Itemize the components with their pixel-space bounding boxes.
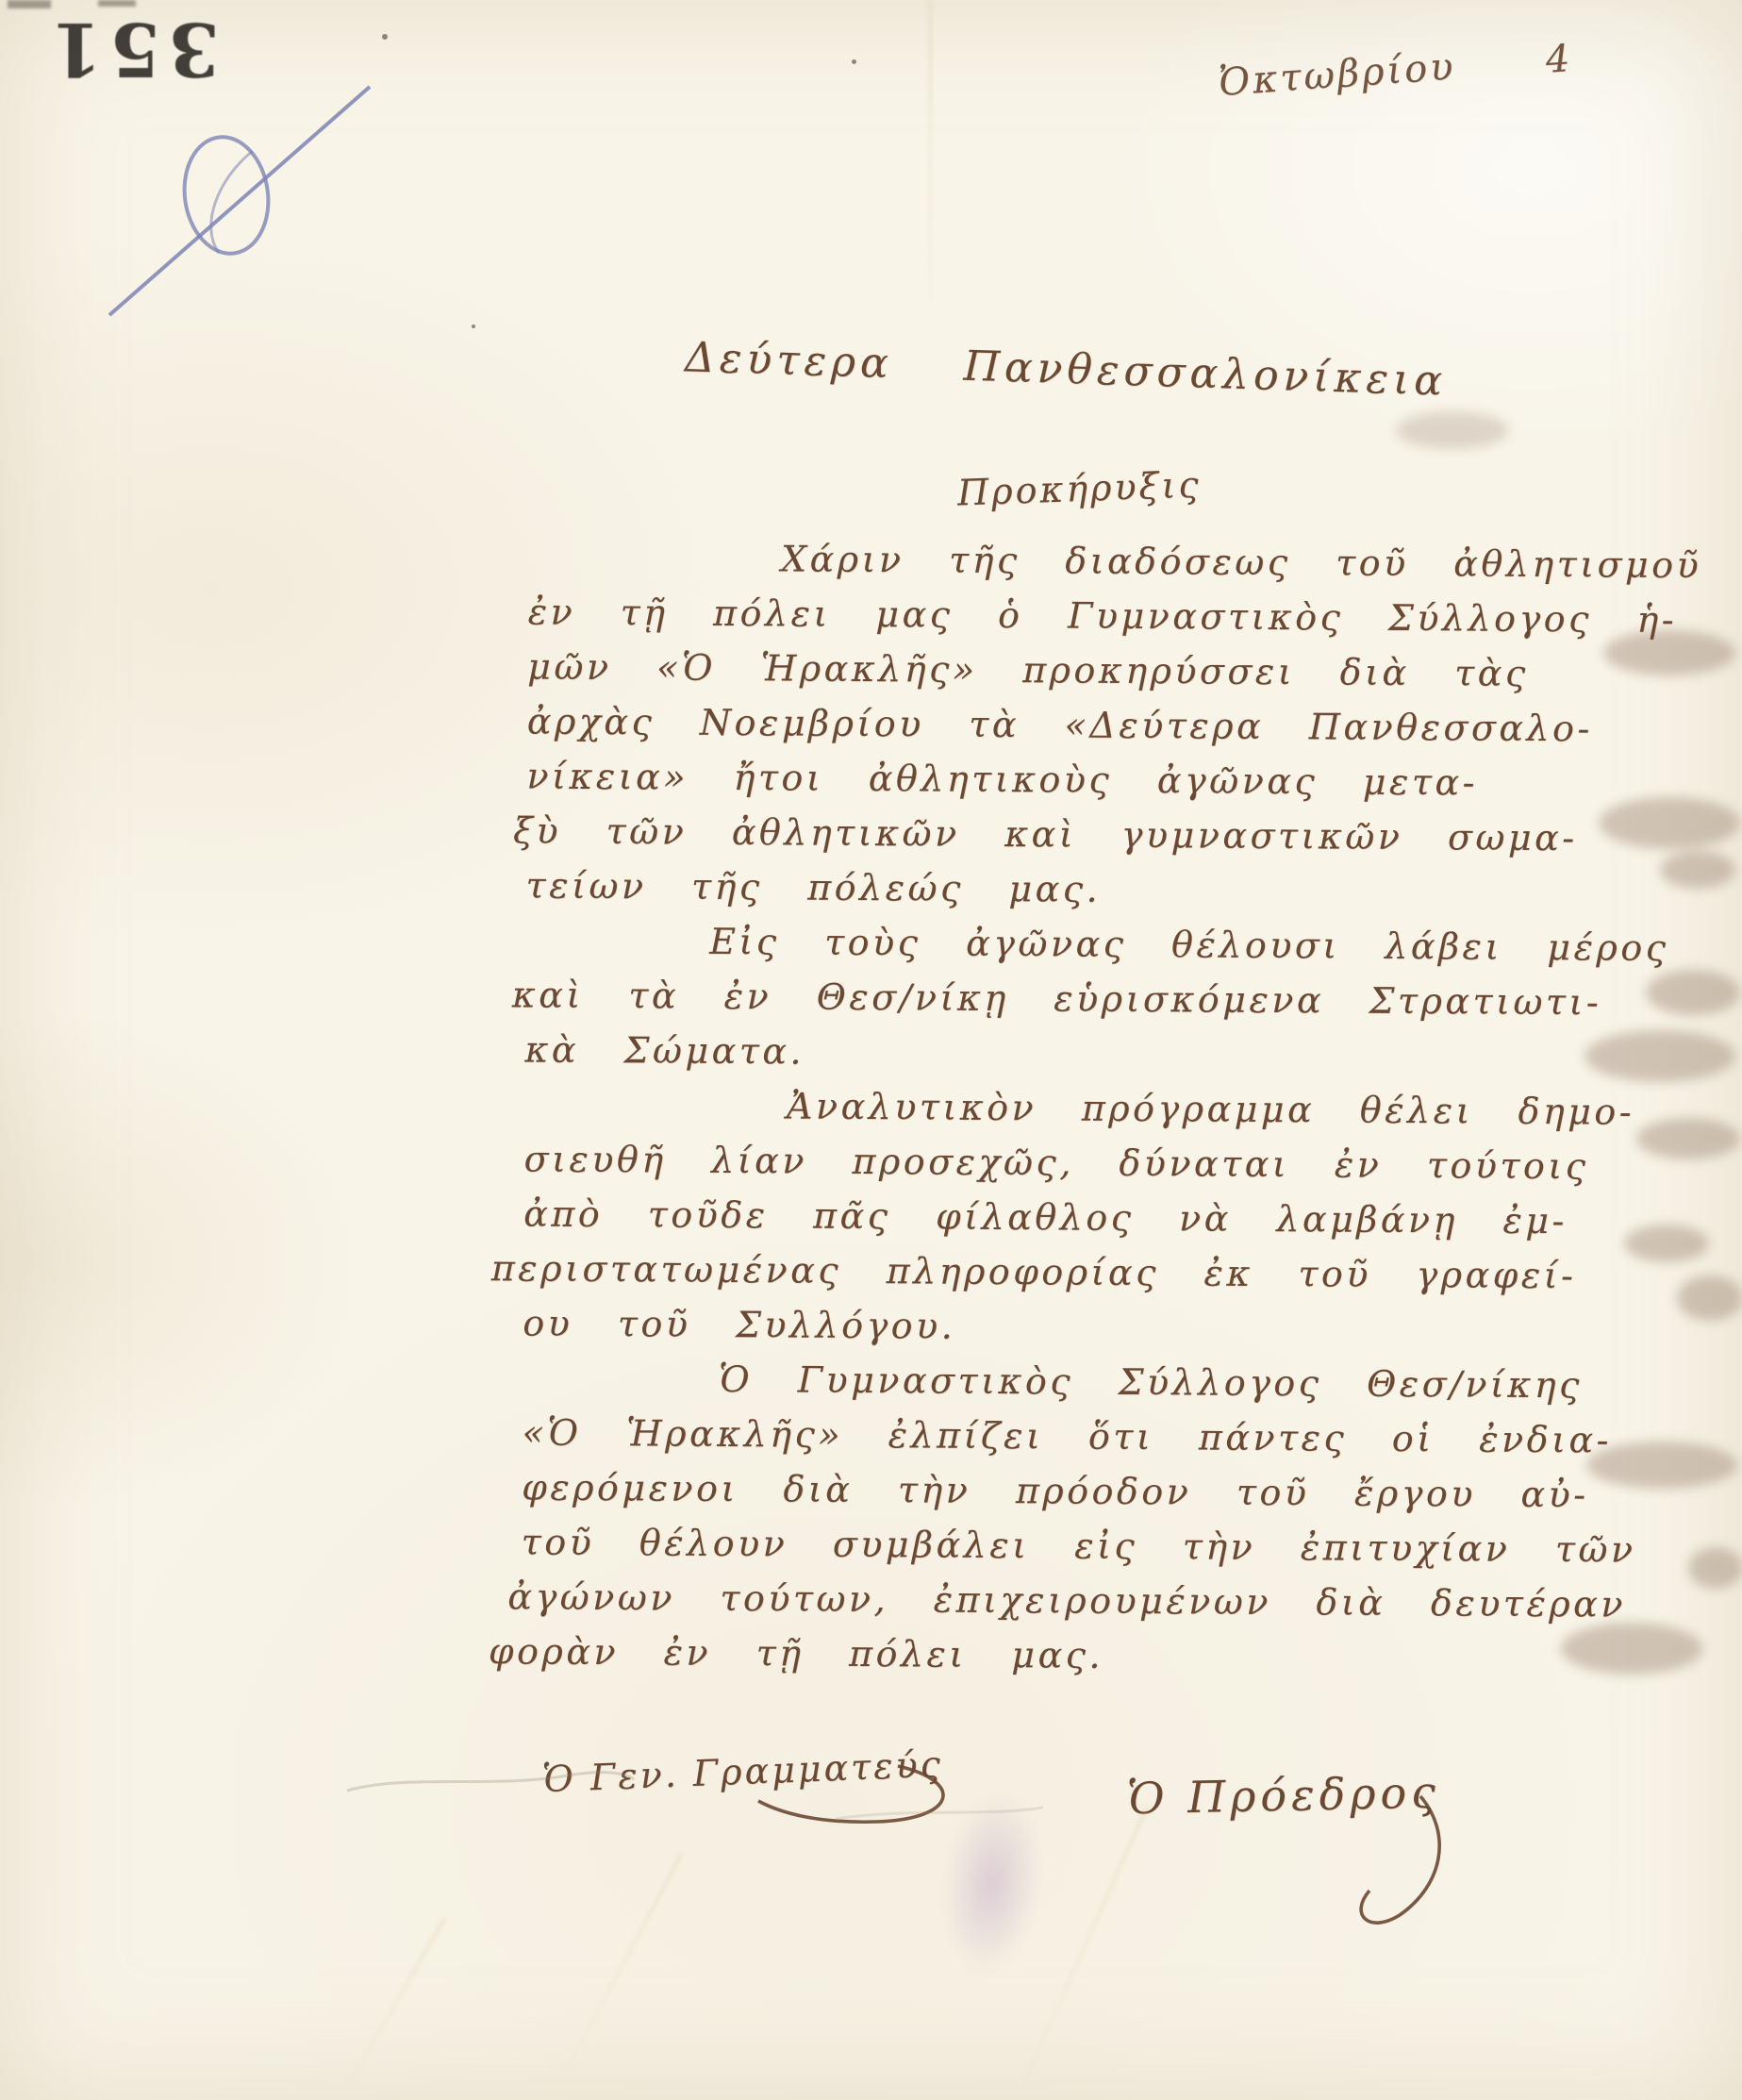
- letter-line: σιευθῆ λίαν προσεχῶς, δύναται ἐν τούτοις: [523, 1131, 1740, 1194]
- letter-line: τοῦ θέλουν συμβάλει εἰς τὴν ἐπιτυχίαν τῶ…: [522, 1514, 1738, 1577]
- salutation: Προκήρυξις: [956, 464, 1202, 514]
- ink-smudge: [1586, 1442, 1737, 1489]
- paper-crease: [565, 1854, 683, 2072]
- paragraph: Ἀναλυτικὸν πρόγραμμα θέλει δημο- σιευθῆ …: [523, 1076, 1741, 1358]
- paper-speck: [852, 59, 856, 64]
- letter-title: Δεύτερα Πανθεσσαλονίκεια: [684, 333, 1447, 405]
- ink-smudge: [1646, 970, 1740, 1015]
- ink-smudge: [1396, 411, 1509, 449]
- letter-line: Ὁ Γυμναστικὸς Σύλλογος Θεσ/νίκης: [719, 1352, 1739, 1414]
- paragraph: Χάριν τῆς διαδόσεως τοῦ ἀθλητισμοῦ ἐν τῇ…: [525, 530, 1742, 922]
- date-line: Ὀκτωβρίου 4: [1218, 37, 1574, 105]
- letter-line: ἐν τῇ πόλει μας ὁ Γυμναστικὸς Σύλλογος ἡ…: [527, 585, 1742, 648]
- letter-line: μῶν «Ὁ Ἡρακλῆς» προκηρύσσει διὰ τὰς: [527, 640, 1742, 703]
- letter-line: κὰ Σώματα.: [524, 1022, 1741, 1085]
- letter-line: «Ὁ Ἡρακλῆς» ἐλπίζει ὅτι πάντες οἱ ἐνδια-: [522, 1405, 1738, 1468]
- ink-smudge: [1660, 851, 1735, 889]
- ink-smudge: [1603, 630, 1735, 675]
- archive-number-stamp: 351: [43, 6, 220, 92]
- ink-smudge: [1688, 1547, 1742, 1589]
- letter-line: νίκεια» ἤτοι ἀθλητικοὺς ἀγῶνας μετα-: [526, 749, 1742, 812]
- ink-smudge: [1636, 1118, 1740, 1159]
- faded-stamp-trace: [931, 1785, 1053, 1982]
- scanned-letter-page: 351 Ὀκτωβρίου 4 Δεύτερα Πανθεσσαλονίκεια…: [0, 0, 1742, 2100]
- ink-smudge: [1584, 1030, 1735, 1082]
- page-edge-mark: [98, 0, 136, 7]
- letter-line: καὶ τὰ ἐν Θεσ/νίκῃ εὑρισκόμενα Στρατιωτι…: [512, 967, 1742, 1030]
- signature-secretary: Ὁ Γεν. Γραμματεύς: [541, 1743, 943, 1800]
- letter-line: ξὺ τῶν ἀθλητικῶν καὶ γυμναστικῶν σωμα-: [513, 803, 1742, 866]
- letter-body: Χάριν τῆς διαδόσεως τοῦ ἀθλητισμοῦ ἐν τῇ…: [521, 530, 1742, 1688]
- paper-speck: [382, 34, 388, 40]
- letter-line: ου τοῦ Συλλόγου.: [523, 1295, 1739, 1358]
- letter-line: περιστατωμένας πληροφορίας ἐκ τοῦ γραφεί…: [491, 1241, 1740, 1304]
- signature-president: Ὁ Πρόεδρος: [1126, 1767, 1440, 1825]
- paper-crease: [929, 0, 932, 302]
- paper-speck: [472, 325, 475, 328]
- page-edge-mark: [8, 0, 51, 8]
- ink-smudge: [1624, 1225, 1709, 1262]
- letter-line: Εἰς τοὺς ἀγῶνας θέλουσι λάβει μέρος: [709, 914, 1742, 976]
- letter-line: ἀπὸ τοῦδε πᾶς φίλαθλος νὰ λαμβάνῃ ἐμ-: [523, 1186, 1740, 1249]
- letter-line: Ἀναλυτικὸν πρόγραμμα θέλει δημο-: [787, 1078, 1741, 1140]
- letter-line: τείων τῆς πόλεώς μας.: [525, 858, 1742, 922]
- letter-line: Χάριν τῆς διαδόσεως τοῦ ἀθλητισμοῦ: [781, 531, 1742, 592]
- letter-line: φορὰν ἐν τῇ πόλει μας.: [489, 1624, 1737, 1687]
- ink-smudge: [1677, 1275, 1742, 1321]
- paragraph: Ὁ Γυμναστικὸς Σύλλογος Θεσ/νίκης «Ὁ Ἡρακ…: [521, 1350, 1739, 1687]
- paper-crease: [349, 1918, 446, 2083]
- letter-line: φερόμενοι διὰ τὴν πρόοδον τοῦ ἔργου αὐ-: [522, 1459, 1738, 1523]
- ink-smudge: [1599, 797, 1740, 849]
- ink-smudge: [1561, 1623, 1702, 1675]
- letter-line: ἀγώνων τούτων, ἐπιχειρουμένων διὰ δευτέρ…: [507, 1569, 1737, 1632]
- paragraph: Εἰς τοὺς ἀγῶνας θέλουσι λάβει μέρος καὶ …: [524, 913, 1742, 1086]
- letter-line: ἀρχὰς Νοεμβρίου τὰ «Δεύτερα Πανθεσσαλο-: [527, 694, 1742, 758]
